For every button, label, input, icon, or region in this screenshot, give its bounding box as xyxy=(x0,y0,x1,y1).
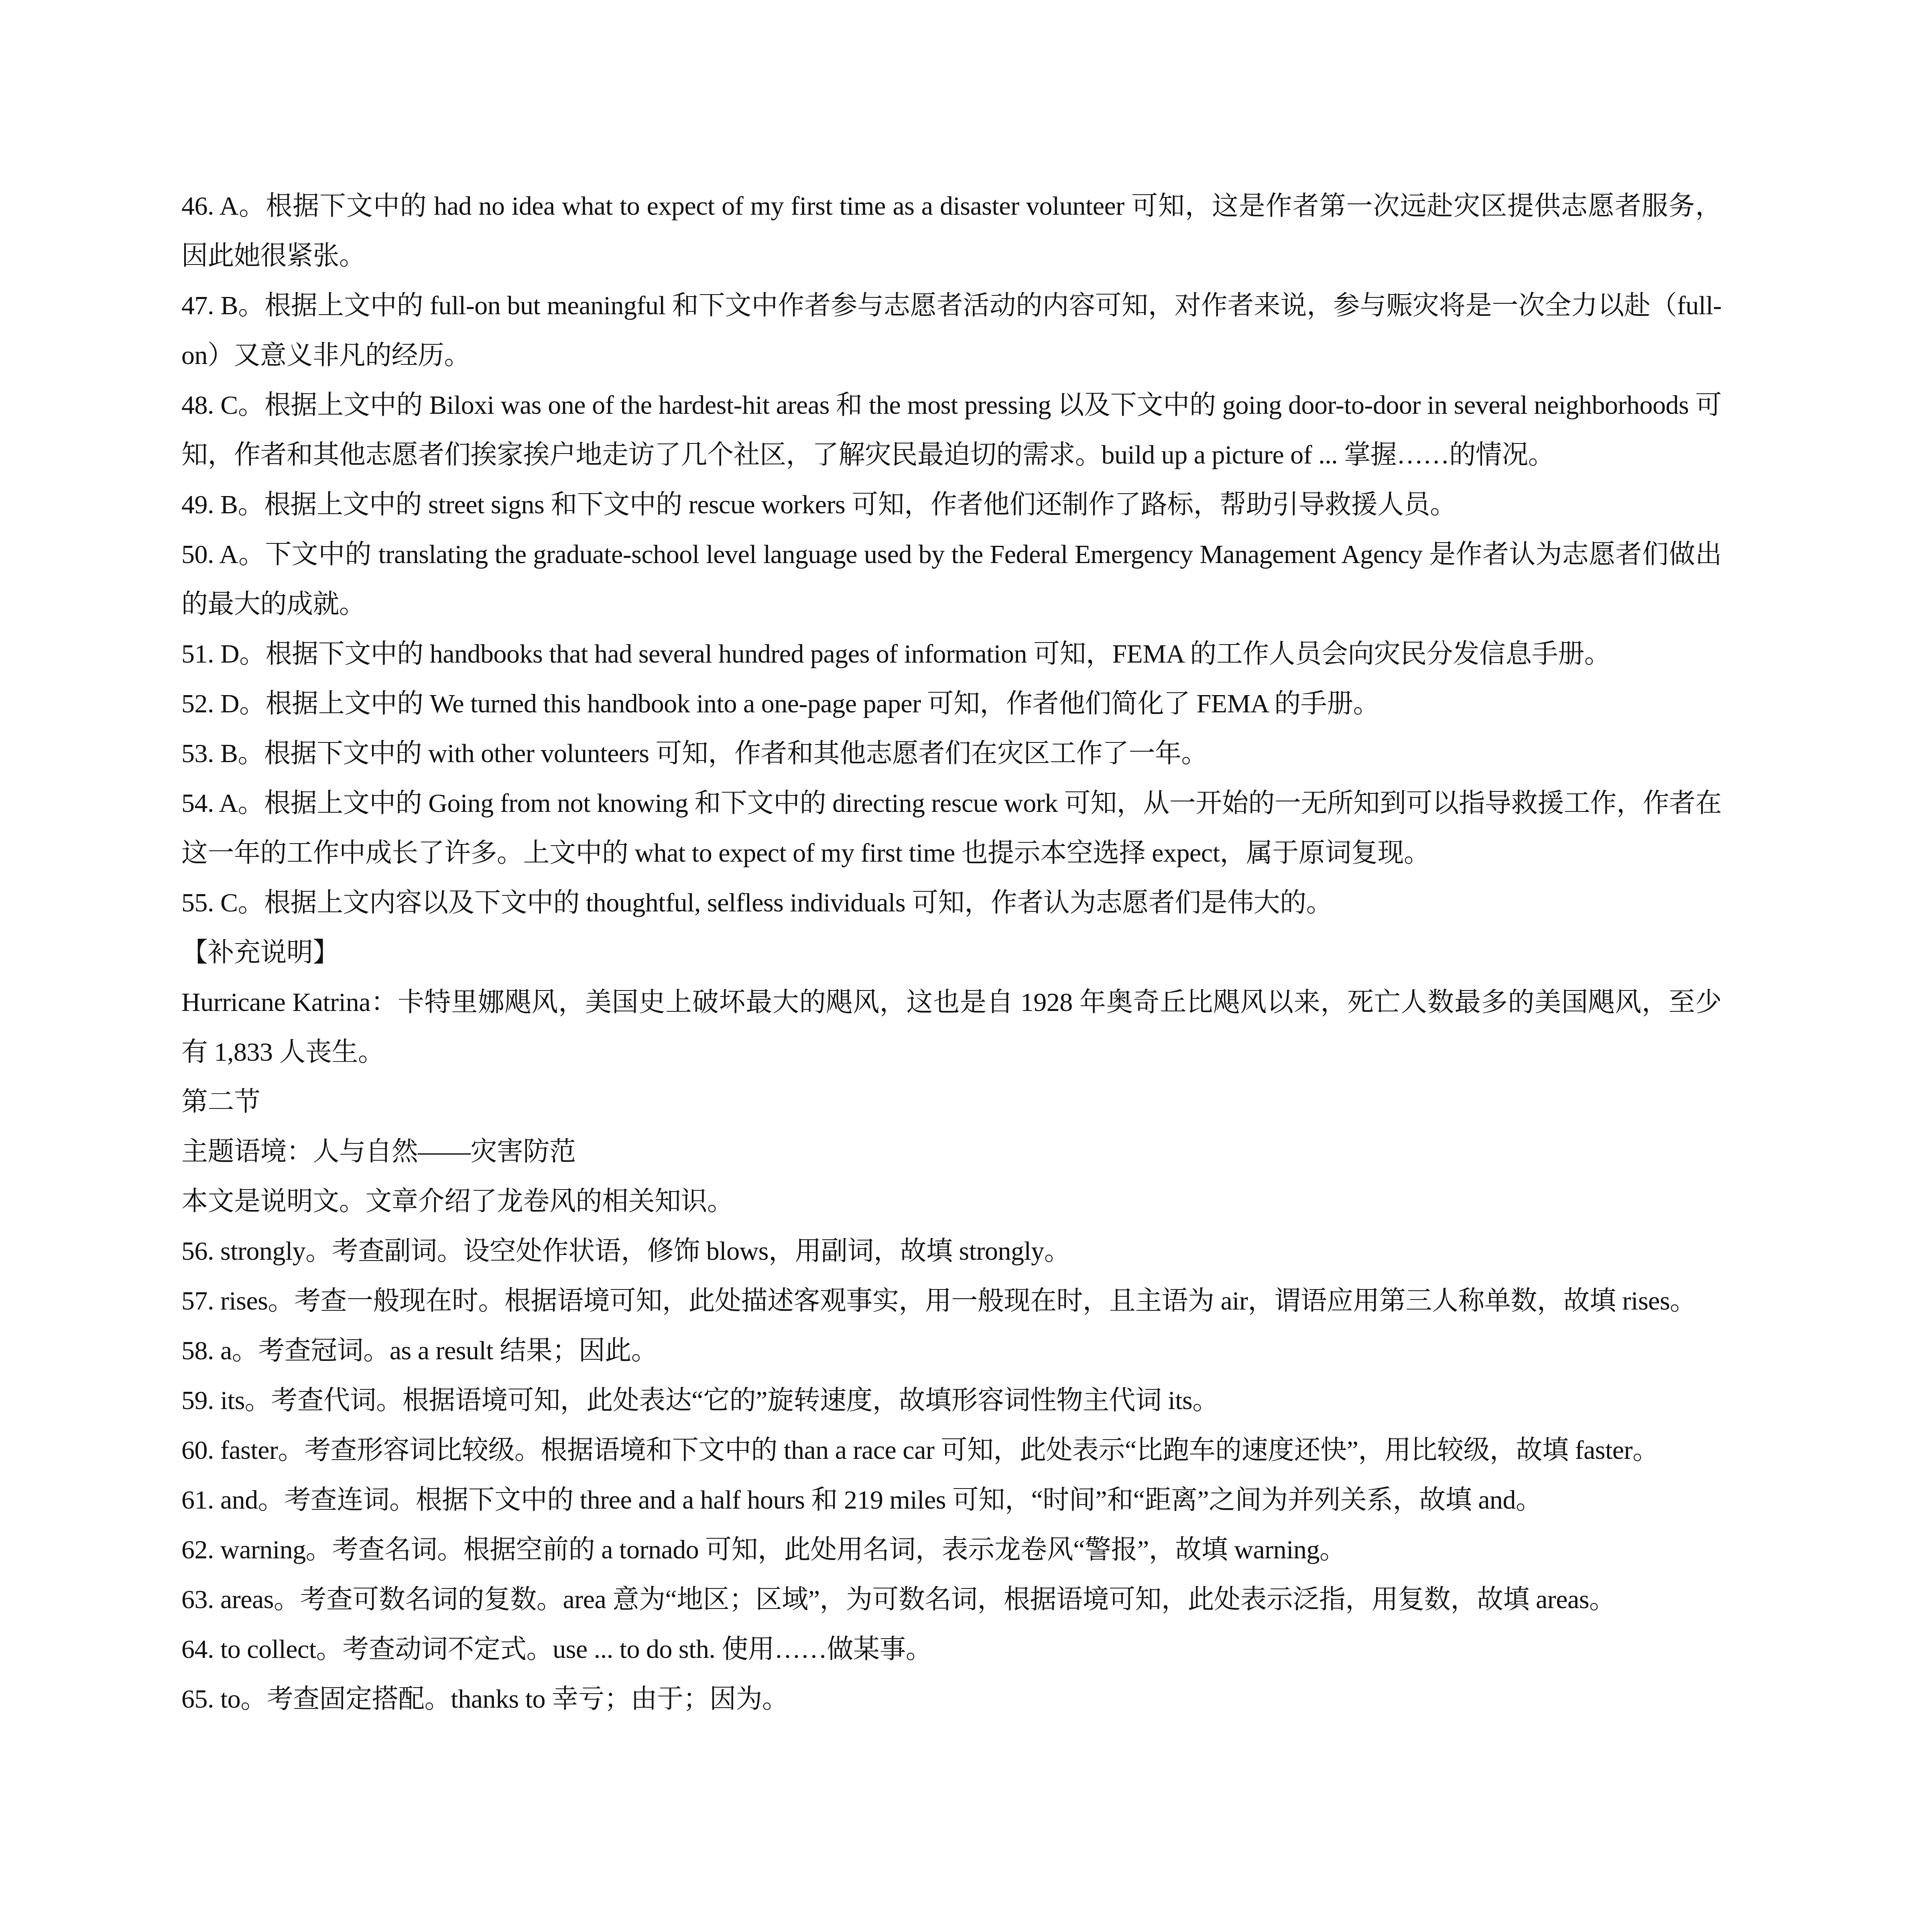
answer-55: 55. C。根据上文内容以及下文中的 thoughtful, selfless … xyxy=(181,878,1722,928)
answer-explanation-page: 46. A。根据下文中的 had no idea what to expect … xyxy=(181,181,1722,1724)
answer-65: 65. to。考查固定搭配。thanks to 幸亏；由于；因为。 xyxy=(181,1674,1722,1724)
supplementary-note-heading: 【补充说明】 xyxy=(181,928,1722,978)
passage-summary: 本文是说明文。文章介绍了龙卷风的相关知识。 xyxy=(181,1177,1722,1226)
answer-57: 57. rises。考查一般现在时。根据语境可知，此处描述客观事实，用一般现在时… xyxy=(181,1276,1722,1326)
section-two-heading: 第二节 xyxy=(181,1077,1722,1127)
answer-60: 60. faster。考查形容词比较级。根据语境和下文中的 than a rac… xyxy=(181,1426,1722,1475)
answer-63: 63. areas。考查可数名词的复数。area 意为“地区；区域”，为可数名词… xyxy=(181,1575,1722,1625)
answer-49: 49. B。根据上文中的 street signs 和下文中的 rescue w… xyxy=(181,480,1722,530)
answer-48: 48. C。根据上文中的 Biloxi was one of the harde… xyxy=(181,380,1722,480)
answer-47: 47. B。根据上文中的 full-on but meaningful 和下文中… xyxy=(181,281,1722,380)
answer-50: 50. A。下文中的 translating the graduate-scho… xyxy=(181,530,1722,629)
answer-54: 54. A。根据上文中的 Going from not knowing 和下文中… xyxy=(181,779,1722,878)
answer-53: 53. B。根据下文中的 with other volunteers 可知，作者… xyxy=(181,729,1722,779)
theme-context: 主题语境：人与自然——灾害防范 xyxy=(181,1127,1722,1177)
answer-52: 52. D。根据上文中的 We turned this handbook int… xyxy=(181,679,1722,729)
answer-62: 62. warning。考查名词。根据空前的 a tornado 可知，此处用名… xyxy=(181,1525,1722,1575)
answer-64: 64. to collect。考查动词不定式。use ... to do sth… xyxy=(181,1625,1722,1674)
answer-61: 61. and。考查连词。根据下文中的 three and a half hou… xyxy=(181,1475,1722,1525)
supplementary-note-katrina: Hurricane Katrina：卡特里娜飓风，美国史上破坏最大的飓风，这也是… xyxy=(181,978,1722,1077)
answer-59: 59. its。考查代词。根据语境可知，此处表达“它的”旋转速度，故填形容词性物… xyxy=(181,1376,1722,1426)
answer-58: 58. a。考查冠词。as a result 结果；因此。 xyxy=(181,1326,1722,1376)
answer-51: 51. D。根据下文中的 handbooks that had several … xyxy=(181,629,1722,679)
answer-56: 56. strongly。考查副词。设空处作状语，修饰 blows，用副词，故填… xyxy=(181,1226,1722,1276)
answer-46: 46. A。根据下文中的 had no idea what to expect … xyxy=(181,181,1722,281)
